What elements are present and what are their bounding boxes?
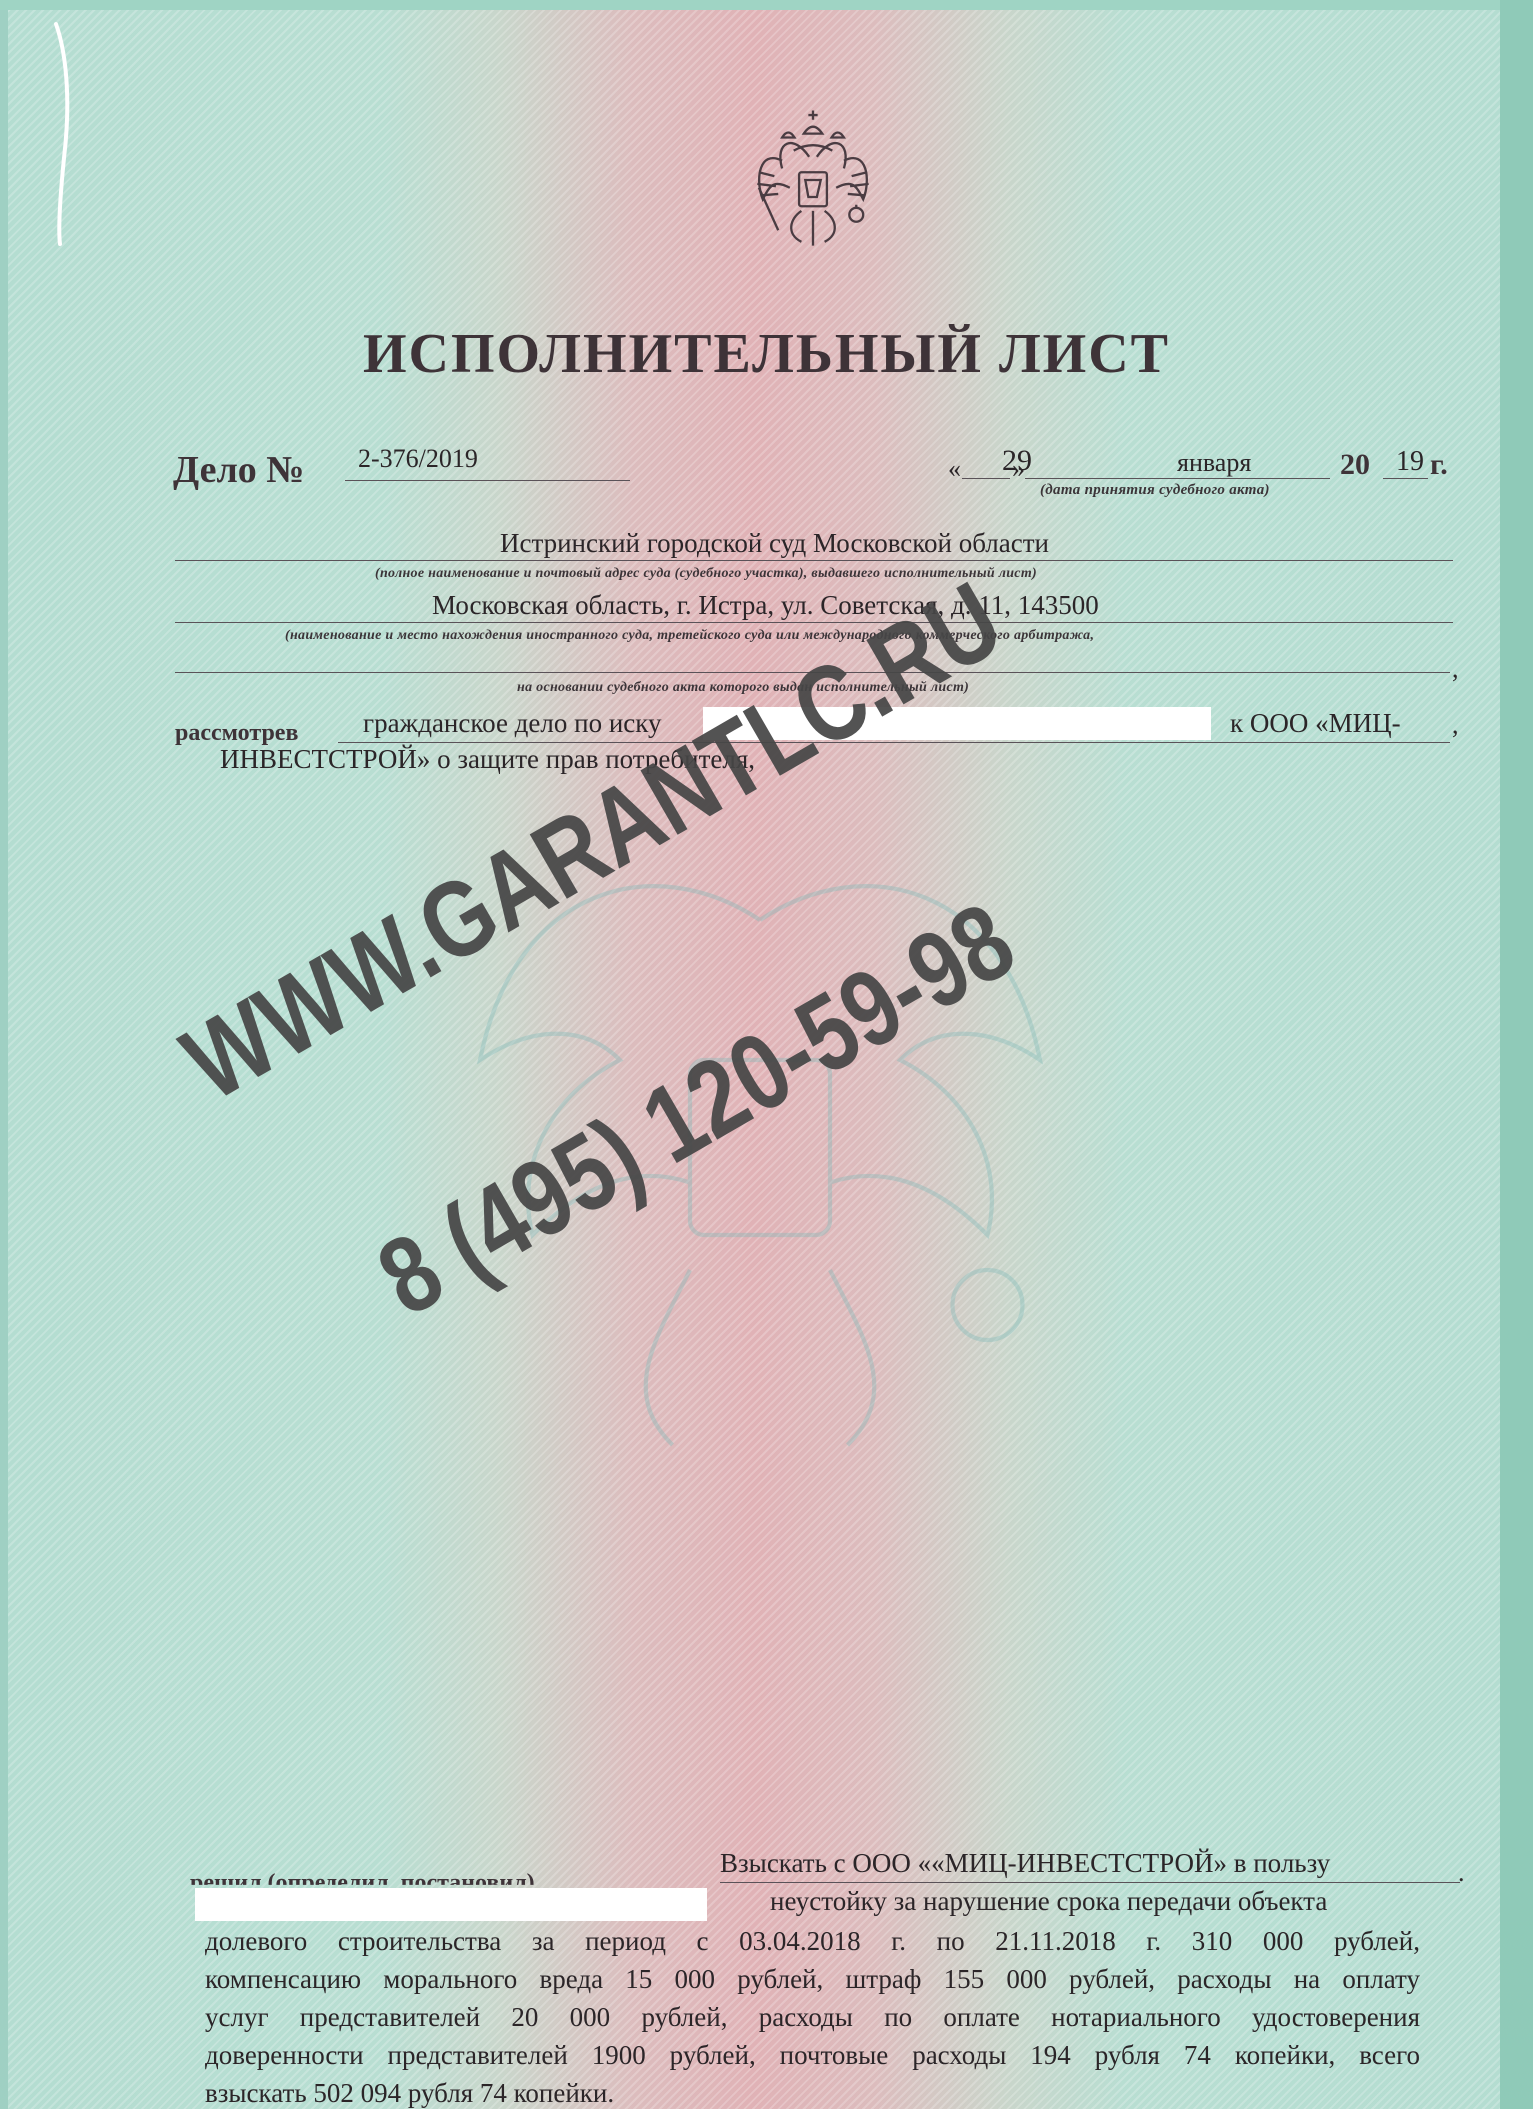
court-address-underline xyxy=(175,622,1453,623)
considered-text-end: к ООО «МИЦ- xyxy=(1230,708,1401,739)
case-number-underline xyxy=(345,480,630,481)
blank-line-comma: , xyxy=(1452,654,1459,684)
decision-line-2: неустойку за нарушение срока передачи об… xyxy=(770,1886,1327,1917)
court-name: Истринский городской суд Московской обла… xyxy=(500,528,1049,559)
considered-text-start: гражданское дело по иску xyxy=(363,708,662,739)
decision-text-line: долевого строительства за период с 03.04… xyxy=(205,1926,1420,1957)
date-month: января xyxy=(1177,448,1251,478)
date-year-prefix: 20 xyxy=(1340,448,1370,482)
date-close-quote: » xyxy=(1012,454,1025,484)
date-day-underline xyxy=(962,478,1010,479)
court-name-underline xyxy=(175,560,1453,561)
date-year-suffix: 19 xyxy=(1396,446,1424,478)
court-address: Московская область, г. Истра, ул. Советс… xyxy=(432,590,1099,621)
binding-string-icon xyxy=(44,18,74,248)
decision-total-line: взыскать 502 094 рубля 74 копейки. xyxy=(205,2078,614,2109)
decision-line-1-period: . xyxy=(1458,1858,1465,1888)
considered-label: рассмотрев xyxy=(175,720,298,747)
considered-underline xyxy=(338,742,1450,743)
redacted-recipient xyxy=(195,1888,707,1921)
decision-line-1: Взыскать с ООО ««МИЦ-ИНВЕСТСТРОЙ» в поль… xyxy=(720,1848,1330,1879)
date-year-underline xyxy=(1383,478,1428,479)
decision-text-line: услуг представителей 20 000 рублей, расх… xyxy=(205,2002,1420,2033)
case-number-label: Дело № xyxy=(173,448,304,492)
coat-of-arms-icon xyxy=(728,95,898,265)
decision-text-line: компенсацию морального вреда 15 000 рубл… xyxy=(205,1964,1420,1995)
decision-line-1-underline xyxy=(720,1882,1460,1883)
paper-edge-right xyxy=(1500,0,1533,2109)
decision-text-line: доверенности представителей 1900 рублей,… xyxy=(205,2040,1420,2071)
paper-edge-top xyxy=(0,0,1533,10)
date-hint: (дата принятия судебного акта) xyxy=(1040,482,1270,499)
date-month-underline xyxy=(1025,478,1330,479)
date-year-unit: г. xyxy=(1430,448,1448,482)
considered-comma: , xyxy=(1452,710,1459,740)
date-open-quote: « xyxy=(948,454,961,484)
document-title: ИСПОЛНИТЕЛЬНЫЙ ЛИСТ xyxy=(0,322,1533,386)
case-number-value: 2-376/2019 xyxy=(358,444,478,474)
